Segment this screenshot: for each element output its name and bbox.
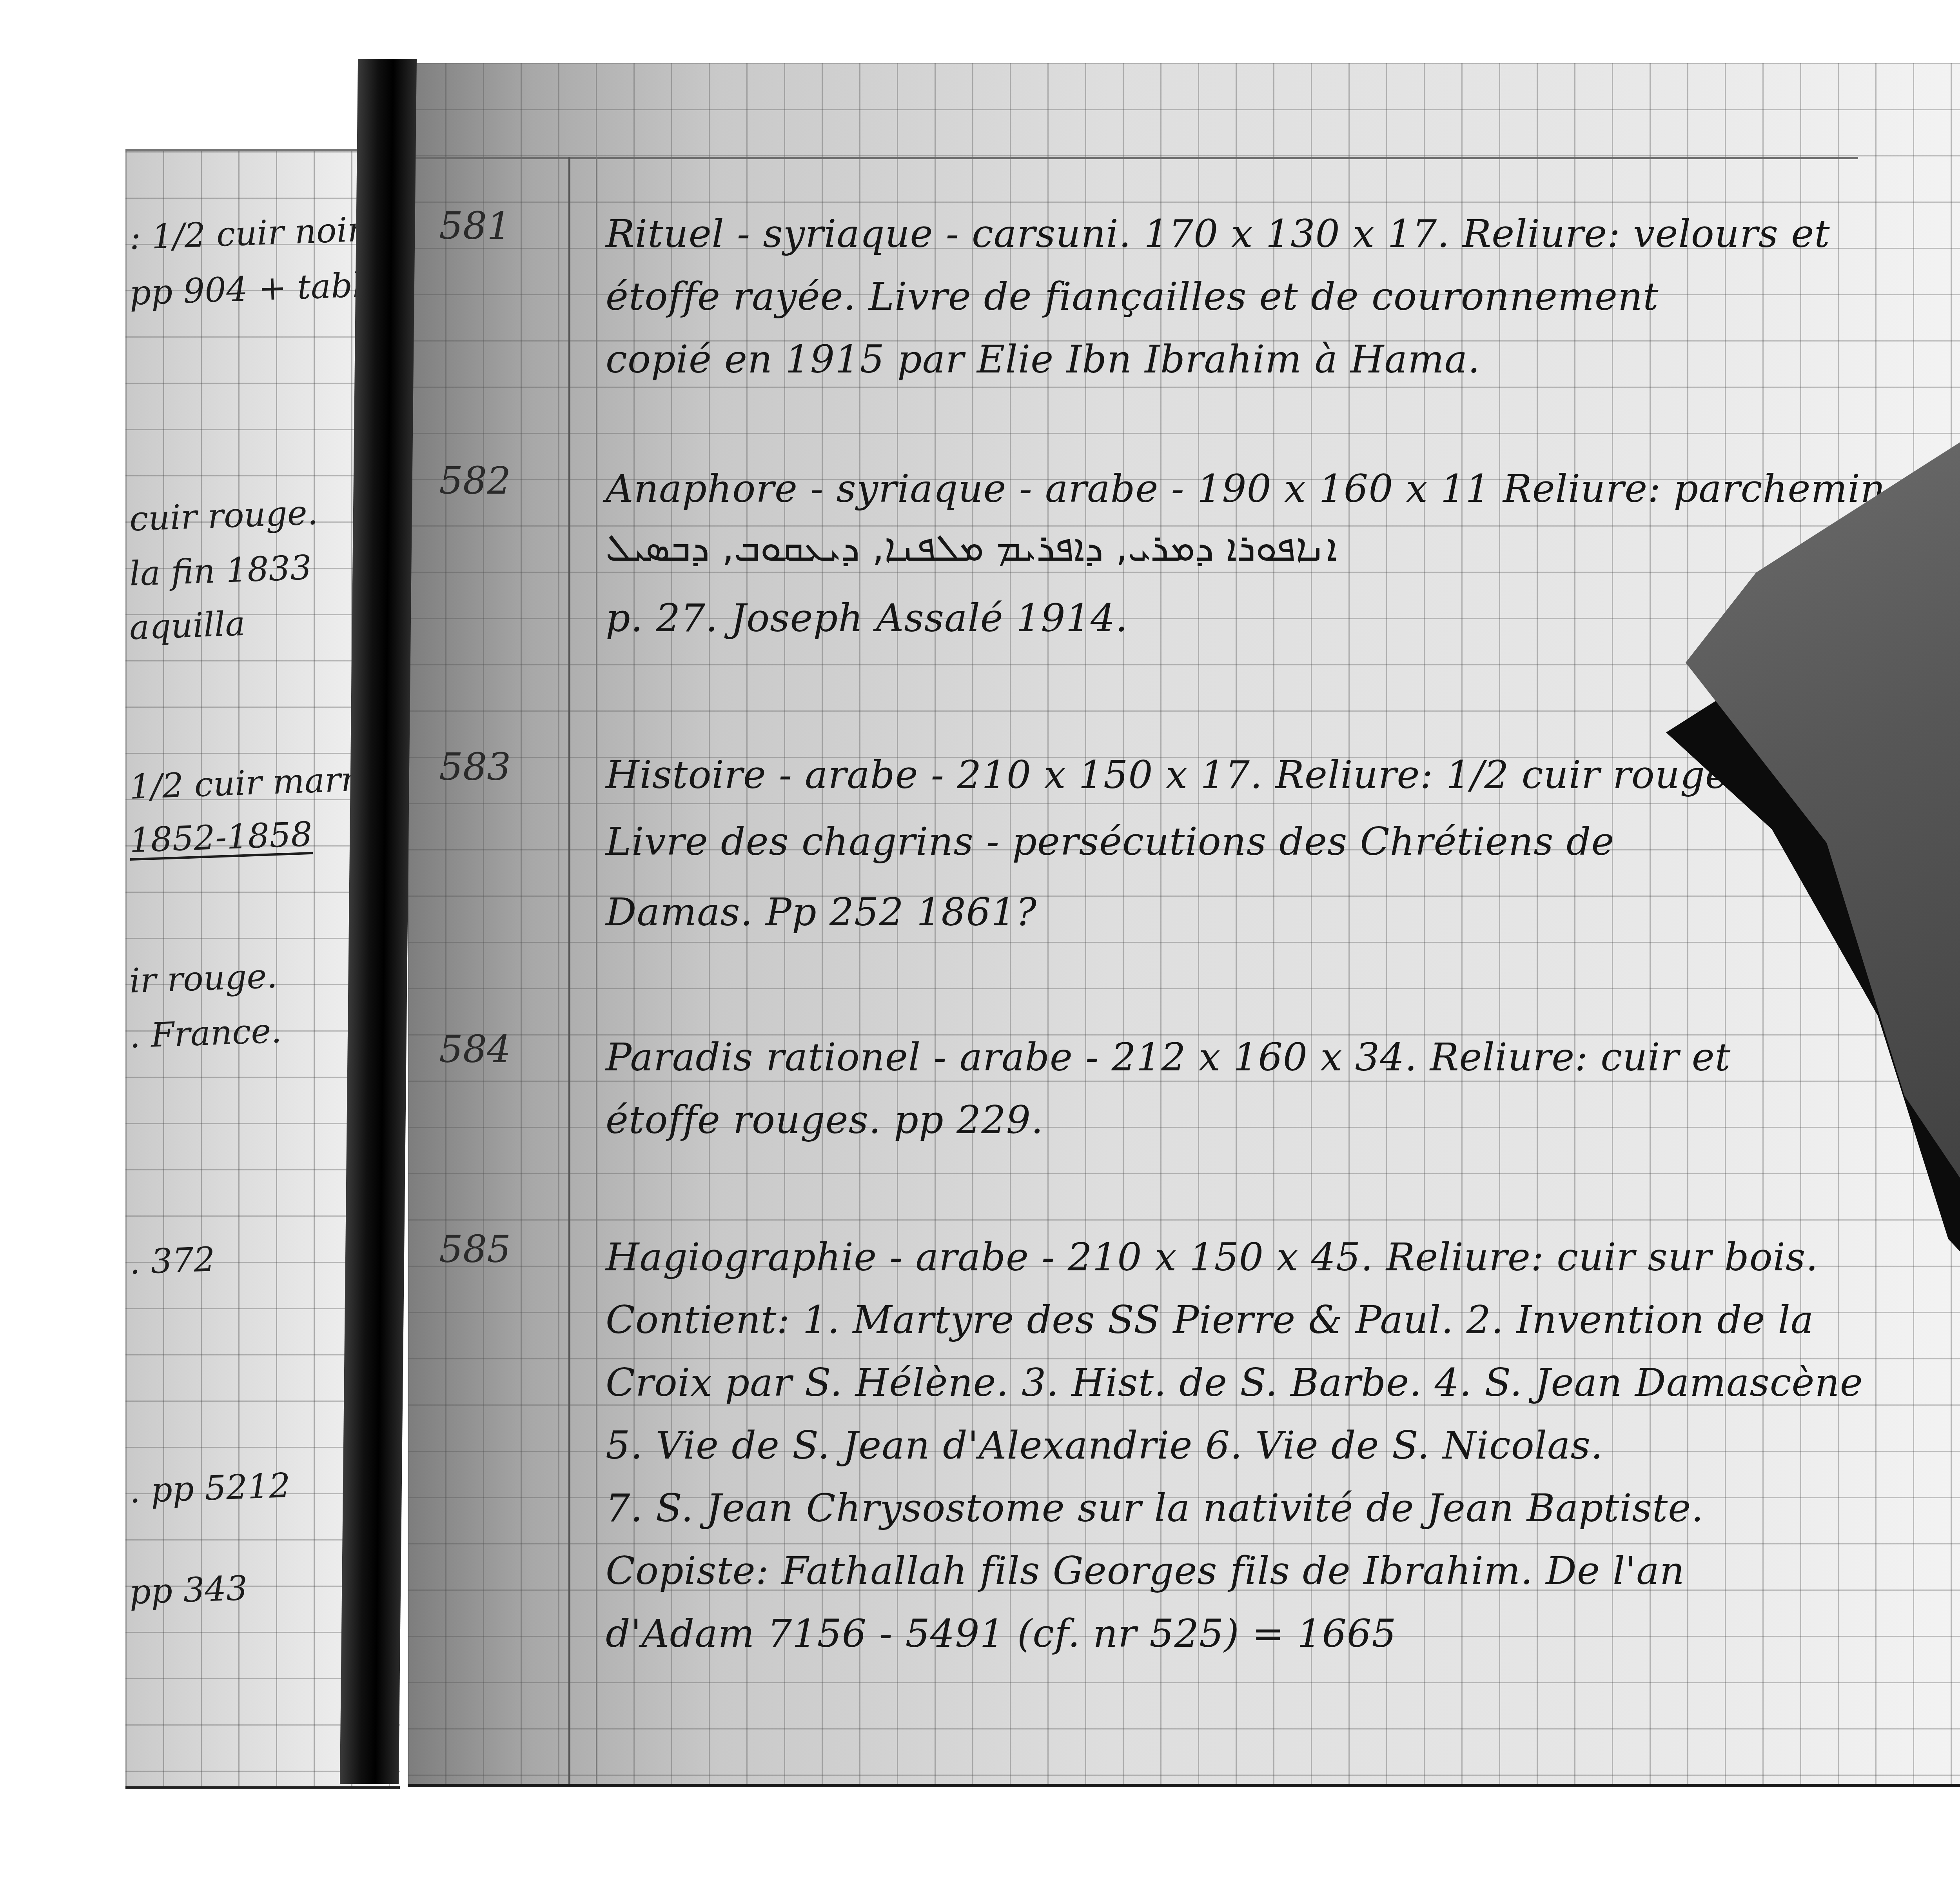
entry-line: Contient: 1. Martyre des SS Pierre & Pau…: [606, 1298, 1814, 1342]
entry-line: Anaphore - syriaque - arabe - 190 x 160 …: [606, 467, 1886, 511]
left-fragment: pp 343: [129, 1569, 248, 1612]
entry-line: étoffe rayée. Livre de fiançailles et de…: [606, 274, 1659, 319]
entry-line: 5. Vie de S. Jean d'Alexandrie 6. Vie de…: [606, 1423, 1603, 1468]
entry-line: Paradis rationel - arabe - 212 x 160 x 3…: [606, 1035, 1731, 1080]
entry-line: Croix par S. Hélène. 3. Hist. de S. Barb…: [606, 1361, 1863, 1405]
entry-number: 583: [439, 745, 511, 789]
left-fragment: . 372: [129, 1240, 216, 1282]
left-fragment: la fin 1833: [129, 548, 312, 594]
entry-line: copié en 1915 par Elie Ibn Ibrahim à Ham…: [606, 337, 1480, 382]
entry-number: 581: [439, 204, 511, 248]
entry-line: p. 27. Joseph Assalé 1914.: [606, 596, 1128, 641]
entry-line-syriac: ܐܢܐܦܘܪܐ ܕܡܪܝ, ܕܐܦܪܝܡ ܡܠܦܢܐ, ܕܝܥܩܘܒ, ܕܒܣܝ…: [606, 525, 1337, 570]
margin-rule: [568, 157, 570, 1784]
photograph: : 1/2 cuir noir pp 904 + tables cuir rou…: [0, 0, 1960, 1882]
entry-line: Livre des chagrins - persécutions des Ch…: [606, 819, 1614, 864]
left-fragment: 1852-1858: [129, 815, 313, 860]
entry-line: Copiste: Fathallah fils Georges fils de …: [606, 1549, 1685, 1593]
left-fragment: : 1/2 cuir noir: [129, 210, 364, 258]
entry-line: Rituel - syriaque - carsuni. 170 x 130 x…: [606, 212, 1830, 256]
header-rule: [408, 157, 1858, 159]
left-fragment: . pp 5212: [129, 1466, 291, 1511]
entry-number: 584: [439, 1027, 511, 1071]
left-fragment: ir rouge.: [129, 956, 278, 1001]
entry-line: Histoire - arabe - 210 x 150 x 17. Reliu…: [606, 753, 1741, 797]
entry-line: Damas. Pp 252 1861?: [606, 890, 1037, 935]
margin-rule: [596, 157, 597, 1784]
entry-line: Hagiographie - arabe - 210 x 150 x 45. R…: [606, 1235, 1818, 1280]
entry-line: étoffe rouges. pp 229.: [606, 1098, 1044, 1143]
entry-number: 582: [439, 459, 511, 503]
entry-number: 585: [439, 1227, 511, 1271]
entry-line: 7. S. Jean Chrysostome sur la nativité d…: [606, 1486, 1704, 1531]
left-fragment: aquilla: [129, 604, 246, 647]
entry-line: d'Adam 7156 - 5491 (cf. nr 525) = 1665: [606, 1611, 1396, 1656]
left-fragment: . France.: [129, 1011, 282, 1055]
left-fragment: cuir rouge.: [129, 493, 318, 539]
